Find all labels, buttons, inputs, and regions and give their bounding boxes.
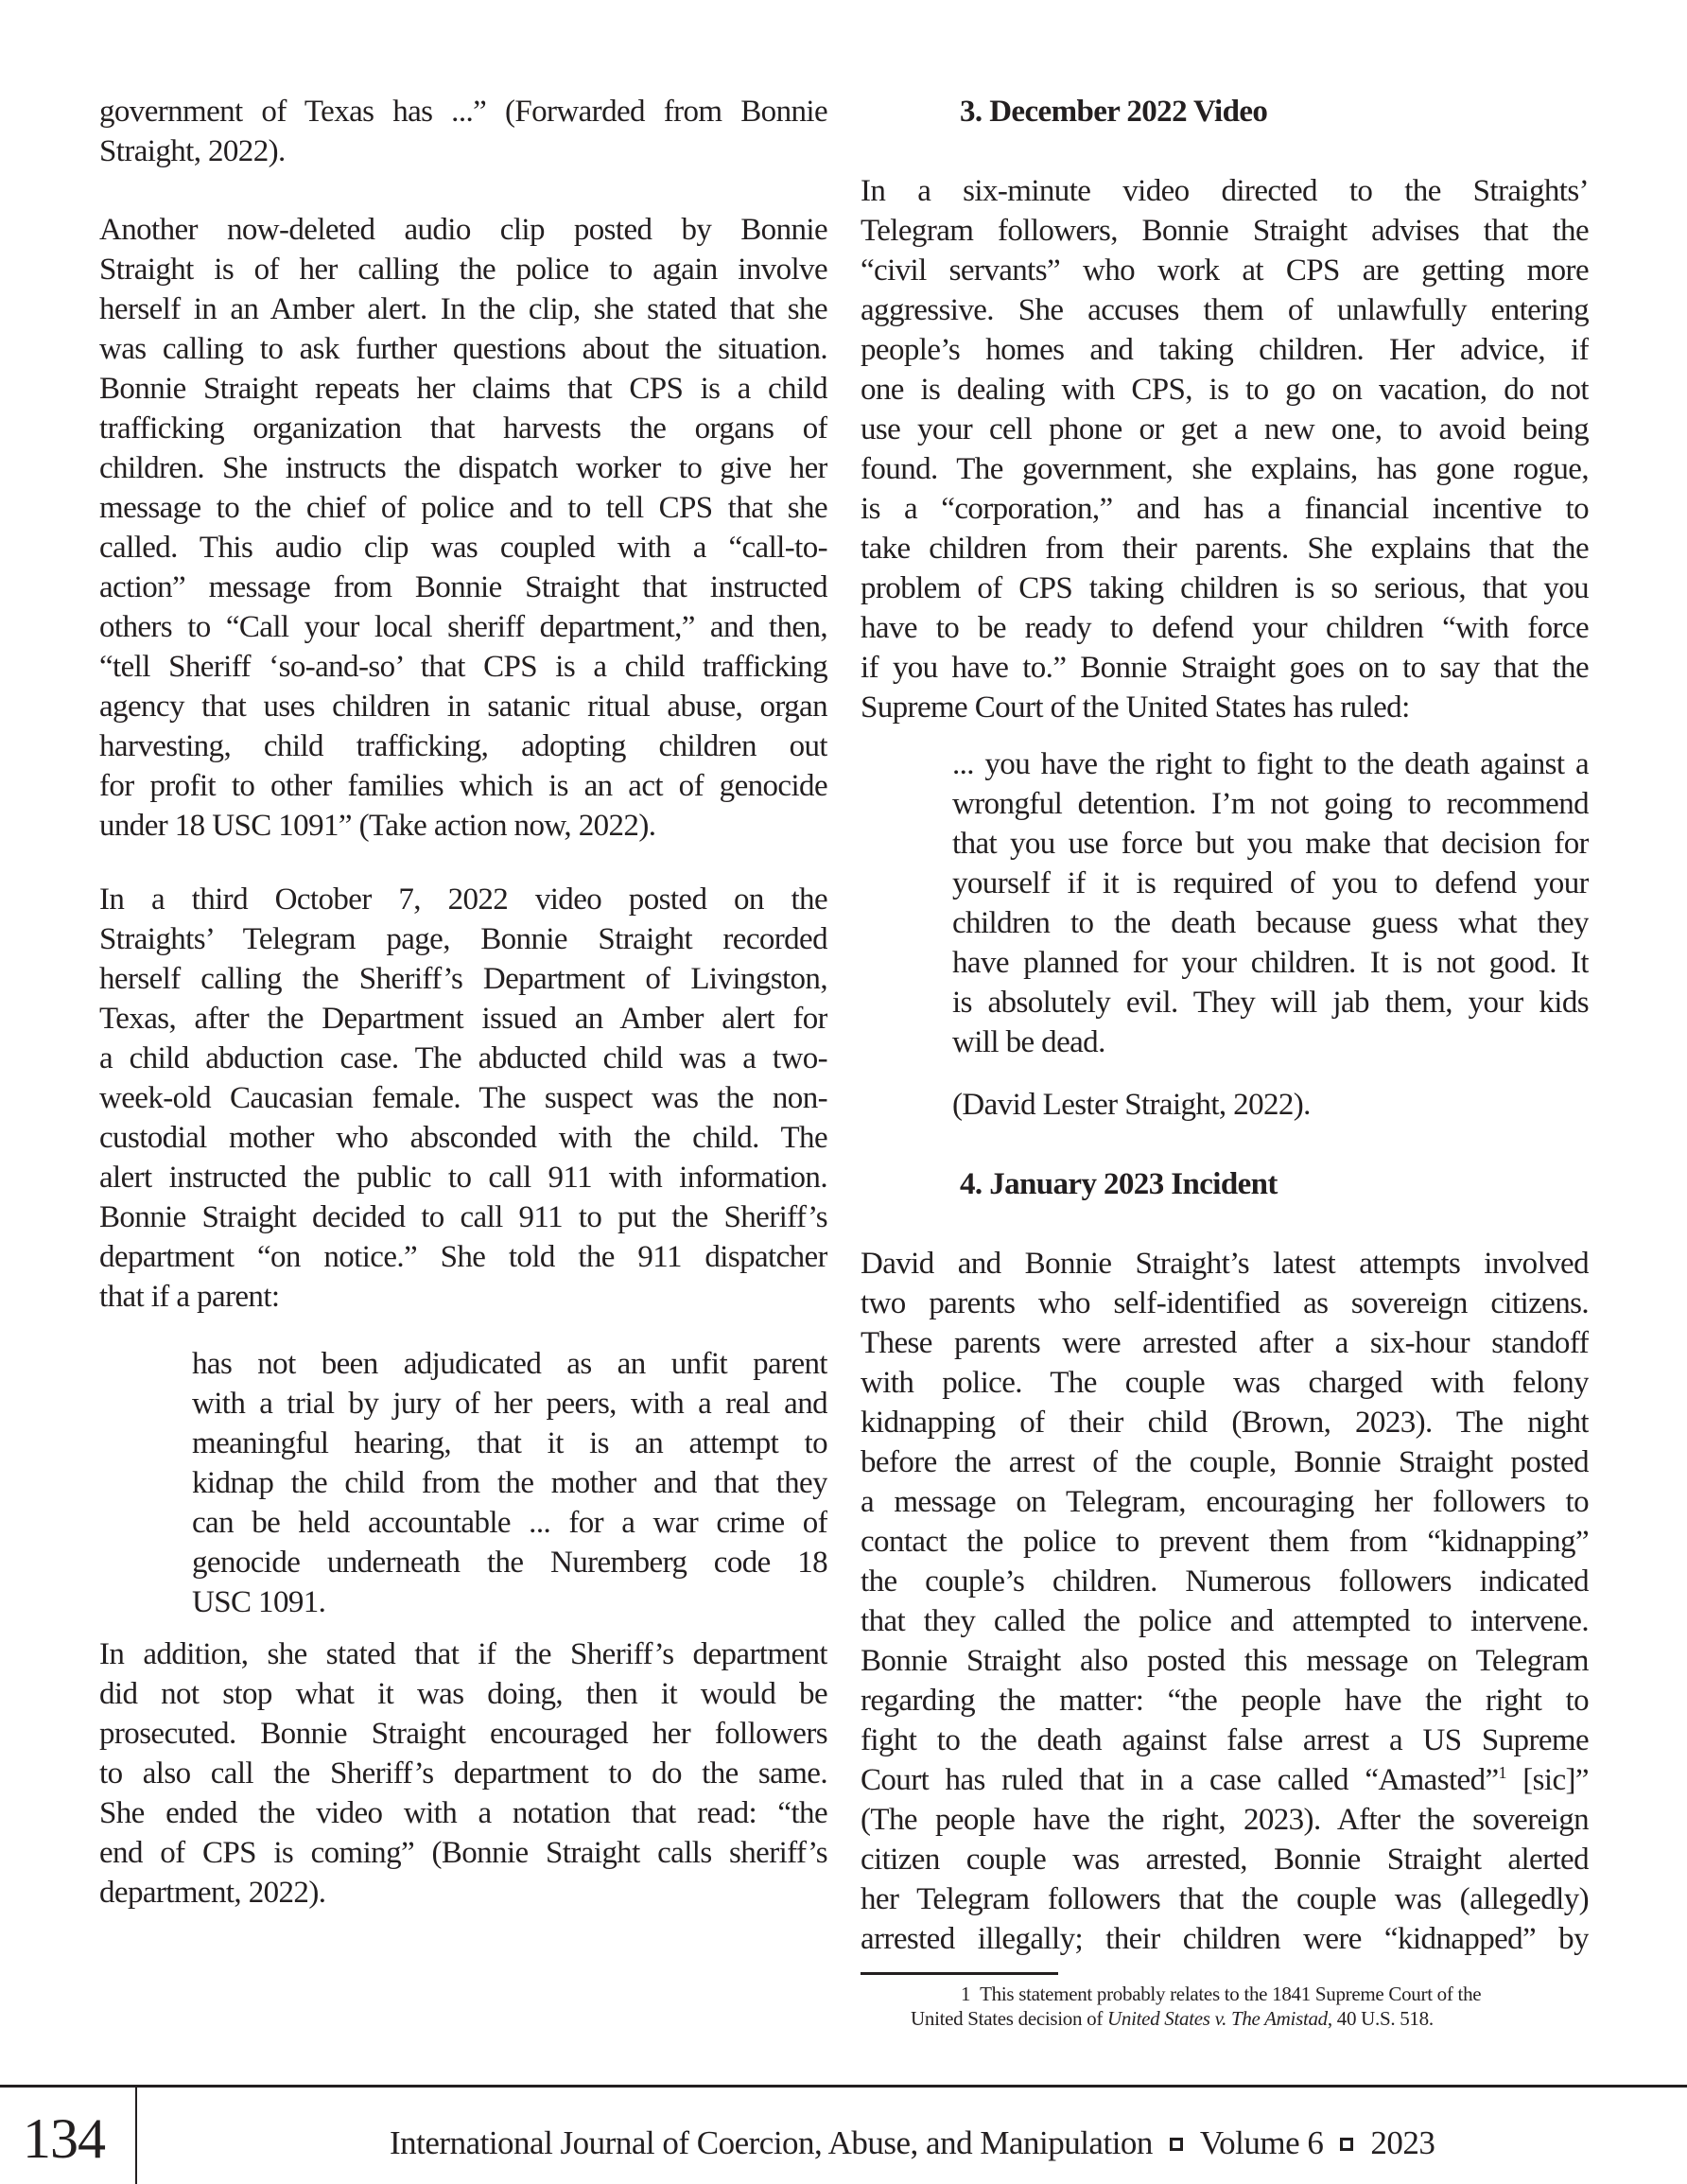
text-line: genocide underneath the Nuremberg code 1… — [192, 1543, 827, 1582]
text-line: children to the death because guess what… — [952, 903, 1589, 943]
footnote-reference[interactable]: 1 — [1499, 1763, 1506, 1782]
footnote-separator — [861, 1972, 1058, 1975]
text-line: herself in an Amber alert. In the clip, … — [99, 289, 827, 329]
text-line: Supreme Court of the United States has r… — [861, 688, 1589, 727]
text-line: fight to the death against false arrest … — [861, 1721, 1589, 1760]
text-line: contact the police to prevent them from … — [861, 1522, 1589, 1562]
text-line: found. The government, she explains, has… — [861, 449, 1589, 489]
section-heading-january-2023-incident: 4. January 2023 Incident — [960, 1164, 1278, 1204]
text-line: In a six-minute video directed to the St… — [861, 171, 1589, 211]
footnote-number: 1 — [961, 1983, 970, 2005]
journal-title: International Journal of Coercion, Abuse… — [390, 2124, 1153, 2161]
text-line: harvesting, child trafficking, adopting … — [99, 726, 827, 766]
year: 2023 — [1370, 2124, 1435, 2161]
text-line: was calling to ask further questions abo… — [99, 329, 827, 369]
text-line: These parents were arrested after a six-… — [861, 1323, 1589, 1363]
text-line: aggressive. She accuses them of unlawful… — [861, 290, 1589, 330]
text-line: department, 2022). — [99, 1873, 827, 1913]
text-line: Court has ruled that in a case called “A… — [861, 1760, 1589, 1800]
text-line: others to “Call your local sheriff depar… — [99, 607, 827, 647]
text-line: citizen couple was arrested, Bonnie Stra… — [861, 1840, 1589, 1879]
text-line: David and Bonnie Straight’s latest attem… — [861, 1244, 1589, 1284]
text-line: Straights’ Telegram page, Bonnie Straigh… — [99, 919, 827, 959]
text-line: is a “corporation,” and has a financial … — [861, 489, 1589, 529]
text-line: Straight, 2022). — [99, 131, 827, 171]
text-line: message to the chief of police and to te… — [99, 488, 827, 528]
text-line: meaningful hearing, that it is an attemp… — [192, 1424, 827, 1463]
text-line: Texas, after the Department issued an Am… — [99, 999, 827, 1039]
text-line: with police. The couple was charged with… — [861, 1363, 1589, 1403]
text-line: if you have to.” Bonnie Straight goes on… — [861, 648, 1589, 688]
text-line: a child abduction case. The abducted chi… — [99, 1039, 827, 1078]
text-line: that they called the police and attempte… — [861, 1601, 1589, 1641]
text-line: with a trial by jury of her peers, with … — [192, 1384, 827, 1424]
text-line: action” message from Bonnie Straight tha… — [99, 568, 827, 607]
text-line: take children from their parents. She ex… — [861, 529, 1589, 568]
text-fragment: [sic]” — [1506, 1763, 1589, 1797]
text-line: government of Texas has ...” (Forwarded … — [99, 92, 827, 131]
text-line: have planned for your children. It is no… — [952, 943, 1589, 983]
text-line: kidnapping of their child (Brown, 2023).… — [861, 1403, 1589, 1442]
text-line: She ended the video with a notation that… — [99, 1793, 827, 1833]
text-line: herself calling the Sheriff’s Department… — [99, 959, 827, 999]
text-line: before the arrest of the couple, Bonnie … — [861, 1442, 1589, 1482]
text-line: children. She instructs the dispatch wor… — [99, 448, 827, 488]
text-line: did not stop what it was doing, then it … — [99, 1674, 827, 1714]
text-line: will be dead. — [952, 1022, 1589, 1062]
text-line: a message on Telegram, encouraging her f… — [861, 1482, 1589, 1522]
text-line: called. This audio clip was coupled with… — [99, 528, 827, 568]
text-line: In addition, she stated that if the Sher… — [99, 1634, 827, 1674]
text-line: Bonnie Straight also posted this message… — [861, 1641, 1589, 1681]
text-line: for profit to other families which is an… — [99, 766, 827, 806]
text-line: “tell Sheriff ‘so-and-so’ that CPS is a … — [99, 647, 827, 687]
text-line: use your cell phone or get a new one, to… — [861, 410, 1589, 449]
text-line: has not been adjudicated as an unfit par… — [192, 1344, 827, 1384]
text-line: problem of CPS taking children is so ser… — [861, 568, 1589, 608]
text-line: have to be ready to defend your children… — [861, 608, 1589, 648]
running-footer: International Journal of Coercion, Abuse… — [390, 2123, 1435, 2164]
text-line: the couple’s children. Numerous follower… — [861, 1562, 1589, 1601]
text-line: Bonnie Straight repeats her claims that … — [99, 369, 827, 409]
text-line: arrested illegally; their children were … — [861, 1919, 1589, 1959]
footer-rule — [0, 2085, 1687, 2088]
footnote-text: United States decision of — [911, 2007, 1107, 2030]
text-line: In a third October 7, 2022 video posted … — [99, 880, 827, 919]
quote-citation: (David Lester Straight, 2022). — [952, 1085, 1311, 1125]
text-line: (The people have the right, 2023). After… — [861, 1800, 1589, 1840]
text-line: “civil servants” who work at CPS are get… — [861, 251, 1589, 290]
text-line: Another now-deleted audio clip posted by… — [99, 210, 827, 250]
text-line: is absolutely evil. They will jab them, … — [952, 983, 1589, 1022]
square-separator-icon — [1170, 2138, 1183, 2151]
text-line: Bonnie Straight decided to call 911 to p… — [99, 1197, 827, 1237]
page-number: 134 — [23, 2105, 105, 2172]
text-line: that if a parent: — [99, 1277, 827, 1317]
square-separator-icon — [1340, 2138, 1353, 2151]
text-line: can be held accountable ... for a war cr… — [192, 1503, 827, 1543]
text-line: wrongful detention. I’m not going to rec… — [952, 784, 1589, 824]
text-line: custodial mother who absconded with the … — [99, 1118, 827, 1158]
text-line: USC 1091. — [192, 1582, 827, 1622]
text-line: end of CPS is coming” (Bonnie Straight c… — [99, 1833, 827, 1873]
text-line: Telegram followers, Bonnie Straight advi… — [861, 211, 1589, 251]
section-heading-december-2022-video: 3. December 2022 Video — [960, 92, 1267, 131]
text-line: to also call the Sheriff’s department to… — [99, 1754, 827, 1793]
text-line: regarding the matter: “the people have t… — [861, 1681, 1589, 1721]
text-line: kidnap the child from the mother and tha… — [192, 1463, 827, 1503]
text-line: her Telegram followers that the couple w… — [861, 1879, 1589, 1919]
footer-divider — [135, 2087, 137, 2184]
text-line: alert instructed the public to call 911 … — [99, 1158, 827, 1197]
footnote-line-2: United States decision of United States … — [911, 2006, 1434, 2031]
case-name: United States v. The Amistad — [1107, 2007, 1328, 2030]
footnote-text: , 40 U.S. 518. — [1328, 2007, 1434, 2030]
footnote-text: This statement probably relates to the 1… — [980, 1983, 1481, 2005]
volume: Volume 6 — [1200, 2124, 1324, 2161]
text-line: yourself if it is required of you to def… — [952, 864, 1589, 903]
text-line: trafficking organization that harvests t… — [99, 409, 827, 448]
text-line: that you use force but you make that dec… — [952, 824, 1589, 864]
text-line: week-old Caucasian female. The suspect w… — [99, 1078, 827, 1118]
text-line: prosecuted. Bonnie Straight encouraged h… — [99, 1714, 827, 1754]
text-line: Straight is of her calling the police to… — [99, 250, 827, 289]
text-line: agency that uses children in satanic rit… — [99, 687, 827, 726]
text-line: under 18 USC 1091” (Take action now, 202… — [99, 806, 827, 846]
text-line: one is dealing with CPS, is to go on vac… — [861, 370, 1589, 410]
text-line: two parents who self-identified as sover… — [861, 1284, 1589, 1323]
text-line: ... you have the right to fight to the d… — [952, 744, 1589, 784]
text-line: people’s homes and taking children. Her … — [861, 330, 1589, 370]
text-line: department “on notice.” She told the 911… — [99, 1237, 827, 1277]
footnote-line-1: 1 This statement probably relates to the… — [961, 1982, 1481, 2006]
